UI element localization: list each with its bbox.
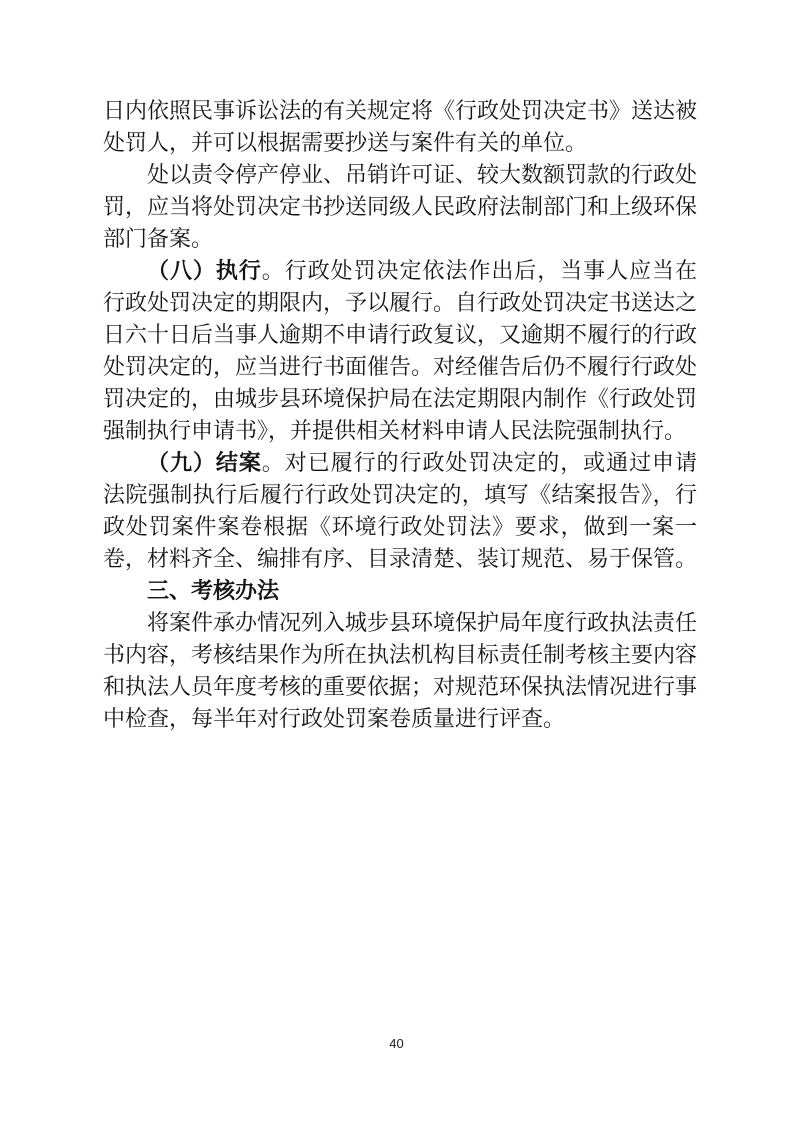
run-in-heading-execution: （八）执行: [147, 258, 262, 283]
section-heading-assessment-measures: 三、考核办法: [103, 575, 697, 607]
page-number: 40: [0, 1036, 793, 1051]
paragraph-item-8: （八）执行。行政处罚决定依法作出后，当事人应当在行政处罚决定的期限内，予以履行。…: [103, 255, 697, 447]
paragraph: 处以责令停产停业、吊销许可证、较大数额罚款的行政处罚，应当将处罚决定书抄送同级人…: [103, 159, 697, 255]
paragraph-continuation: 日内依照民事诉讼法的有关规定将《行政处罚决定书》送达被处罚人，并可以根据需要抄送…: [103, 95, 697, 159]
paragraph: 将案件承办情况列入城步县环境保护局年度行政执法责任书内容，考核结果作为所在执法机…: [103, 607, 697, 735]
paragraph-item-9: （九）结案。对已履行的行政处罚决定的，或通过申请法院强制执行后履行行政处罚决定的…: [103, 447, 697, 575]
paragraph-text: 将案件承办情况列入城步县环境保护局年度行政执法责任书内容，考核结果作为所在执法机…: [103, 610, 697, 731]
paragraph-text: 处以责令停产停业、吊销许可证、较大数额罚款的行政处罚，应当将处罚决定书抄送同级人…: [103, 162, 697, 251]
run-in-heading-case-closing: （九）结案: [147, 450, 262, 475]
paragraph-text: 日内依照民事诉讼法的有关规定将《行政处罚决定书》送达被处罚人，并可以根据需要抄送…: [103, 98, 697, 155]
document-page: 日内依照民事诉讼法的有关规定将《行政处罚决定书》送达被处罚人，并可以根据需要抄送…: [0, 0, 793, 1122]
document-body: 日内依照民事诉讼法的有关规定将《行政处罚决定书》送达被处罚人，并可以根据需要抄送…: [103, 95, 697, 735]
paragraph-text: 。行政处罚决定依法作出后，当事人应当在行政处罚决定的期限内，予以履行。自行政处罚…: [103, 258, 697, 443]
